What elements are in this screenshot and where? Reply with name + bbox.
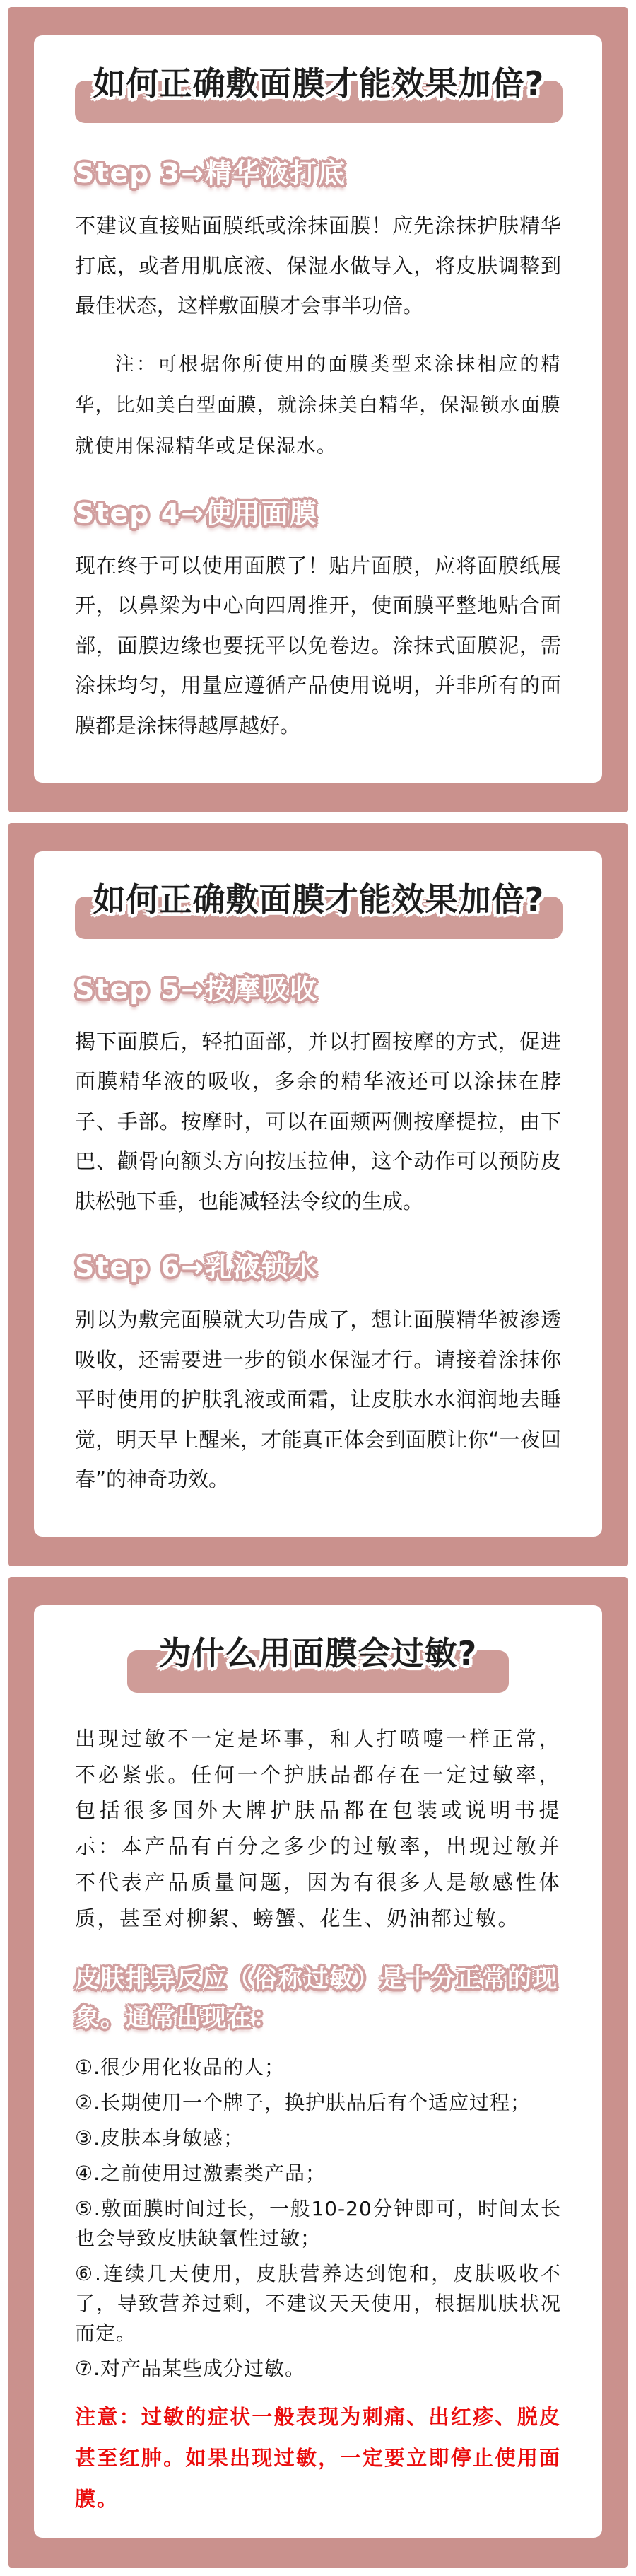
list-item: ⑤.敷面膜时间过长，一般10-20分钟即可，时间太长也会导致皮肤缺氧性过敏； — [75, 2194, 561, 2254]
card-title: 如何正确敷面膜才能效果加倍? — [75, 877, 563, 922]
card-content: 如何正确敷面膜才能效果加倍? Step 3→精华液打底 不建议直接贴面膜纸或涂抹… — [34, 35, 602, 783]
step-heading-3: Step 3→精华液打底 — [75, 151, 561, 190]
note-paragraph: 注：可根据你所使用的面膜类型来涂抹相应的精华，比如美白型面膜，就涂抹美白精华，保… — [75, 344, 561, 467]
list-item: ⑥.连续几天使用，皮肤营养达到饱和，皮肤吸收不了，导致营养过剩，不建议天天使用，… — [75, 2259, 561, 2348]
card-content: 为什么用面膜会过敏? 出现过敏不一定是坏事，和人打喷嚏一样正常，不必紧张。任何一… — [34, 1605, 602, 2538]
card-title: 为什么用面膜会过敏? — [127, 1631, 509, 1676]
warning-note: 注意：过敏的症状一般表现为刺痛、出红疹、脱皮甚至红肿。如果出现过敏，一定要立即停… — [75, 2396, 561, 2519]
paragraph-step-3: 不建议直接贴面膜纸或涂抹面膜！应先涂抹护肤精华打底，或者用肌底液、保湿水做导入，… — [75, 206, 561, 326]
paragraph-allergy-intro: 出现过敏不一定是坏事，和人打喷嚏一样正常，不必紧张。任何一个护肤品都存在一定过敏… — [75, 1721, 561, 1937]
step-heading-4: Step 4→使用面膜 — [75, 491, 561, 530]
list-item: ③.皮肤本身敏感； — [75, 2123, 561, 2153]
card-content: 如何正确敷面膜才能效果加倍? Step 5→按摩吸收 揭下面膜后，轻拍面部，并以… — [34, 851, 602, 1537]
list-item: ②.长期使用一个牌子，换护肤品后有个适应过程； — [75, 2088, 561, 2118]
infographic-page: 如何正确敷面膜才能效果加倍? Step 3→精华液打底 不建议直接贴面膜纸或涂抹… — [0, 0, 636, 2576]
card-title-block: 如何正确敷面膜才能效果加倍? — [75, 61, 563, 126]
step-heading-5: Step 5→按摩吸收 — [75, 967, 561, 1006]
card-mask-steps-5-6: 如何正确敷面膜才能效果加倍? Step 5→按摩吸收 揭下面膜后，轻拍面部，并以… — [8, 823, 628, 1566]
card-title-block: 如何正确敷面膜才能效果加倍? — [75, 877, 563, 942]
list-item: ④.之前使用过激素类产品； — [75, 2159, 561, 2189]
card-title: 如何正确敷面膜才能效果加倍? — [75, 61, 563, 106]
allergy-cause-list: ①.很少用化妆品的人； ②.长期使用一个牌子，换护肤品后有个适应过程； ③.皮肤… — [75, 2053, 561, 2384]
paragraph-step-4: 现在终于可以使用面膜了！贴片面膜，应将面膜纸展开，以鼻梁为中心向四周推开，使面膜… — [75, 546, 561, 746]
card-mask-allergy: 为什么用面膜会过敏? 出现过敏不一定是坏事，和人打喷嚏一样正常，不必紧张。任何一… — [8, 1577, 628, 2568]
paragraph-step-6: 别以为敷完面膜就大功告成了，想让面膜精华被渗透吸收，还需要进一步的锁水保湿才行。… — [75, 1300, 561, 1500]
allergy-subheading: 皮肤排异反应（俗称过敏）是十分正常的现象。通常出现在： — [75, 1960, 561, 2037]
list-item: ①.很少用化妆品的人； — [75, 2053, 561, 2082]
step-heading-6: Step 6→乳液锁水 — [75, 1245, 561, 1284]
card-title-block: 为什么用面膜会过敏? — [127, 1631, 509, 1696]
card-mask-steps-3-4: 如何正确敷面膜才能效果加倍? Step 3→精华液打底 不建议直接贴面膜纸或涂抹… — [8, 7, 628, 812]
list-item: ⑦.对产品某些成分过敏。 — [75, 2354, 561, 2384]
paragraph-step-5: 揭下面膜后，轻拍面部，并以打圈按摩的方式，促进面膜精华液的吸收，多余的精华液还可… — [75, 1022, 561, 1222]
